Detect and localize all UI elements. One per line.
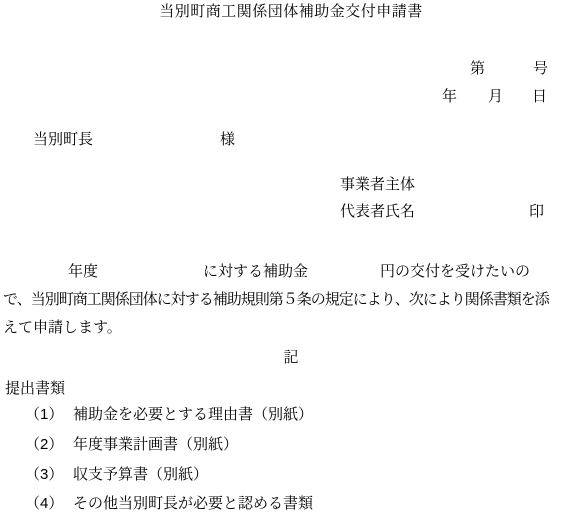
- item-number: （3）: [25, 467, 63, 482]
- item-text: 年度事業計画書（別紙）: [73, 437, 238, 452]
- attachments-heading: 提出書類: [5, 381, 65, 396]
- date-month-label: 月: [488, 89, 503, 104]
- date-day-label: 日: [532, 89, 547, 104]
- subsidy-for-label: に対する補助金: [203, 264, 308, 279]
- doc-number-prefix: 第: [470, 61, 485, 76]
- representative-name-label: 代表者氏名: [340, 204, 415, 219]
- doc-number-suffix: 号: [533, 61, 548, 76]
- document-title: 当別町商工関係団体補助金交付申請書: [0, 4, 582, 19]
- amount-yen-label: 円の交付を受けたいの: [380, 264, 530, 279]
- addressee-name: 当別町長: [33, 132, 93, 147]
- body-text-line3: えて申請します。: [3, 320, 122, 335]
- body-text-line2: で、当別町商工関係団体に対する補助規則第５条の規定により、次により関係書類を添: [3, 292, 549, 307]
- fiscal-year-label: 年度: [68, 264, 98, 279]
- item-number: （2）: [25, 437, 63, 452]
- list-item: （4） その他当別町長が必要と認める書類: [0, 496, 582, 515]
- addressee-honorific: 様: [220, 132, 235, 147]
- list-item: （2） 年度事業計画書（別紙）: [0, 437, 582, 457]
- list-item: （3） 収支予算書（別紙）: [0, 467, 582, 487]
- date-year-label: 年: [442, 89, 457, 104]
- item-text: その他当別町長が必要と認める書類: [73, 496, 313, 511]
- application-form-document: 当別町商工関係団体補助金交付申請書 第 号 年 月 日 当別町長 様 事業者主体…: [0, 0, 582, 515]
- record-marker: 記: [0, 350, 582, 365]
- item-number: （1）: [25, 407, 63, 422]
- item-number: （4）: [25, 496, 63, 511]
- list-item: （1） 補助金を必要とする理由書（別紙）: [0, 407, 582, 427]
- item-text: 補助金を必要とする理由書（別紙）: [73, 407, 313, 422]
- seal-mark: 印: [529, 204, 544, 219]
- item-text: 収支予算書（別紙）: [73, 467, 208, 482]
- business-entity-label: 事業者主体: [340, 177, 415, 192]
